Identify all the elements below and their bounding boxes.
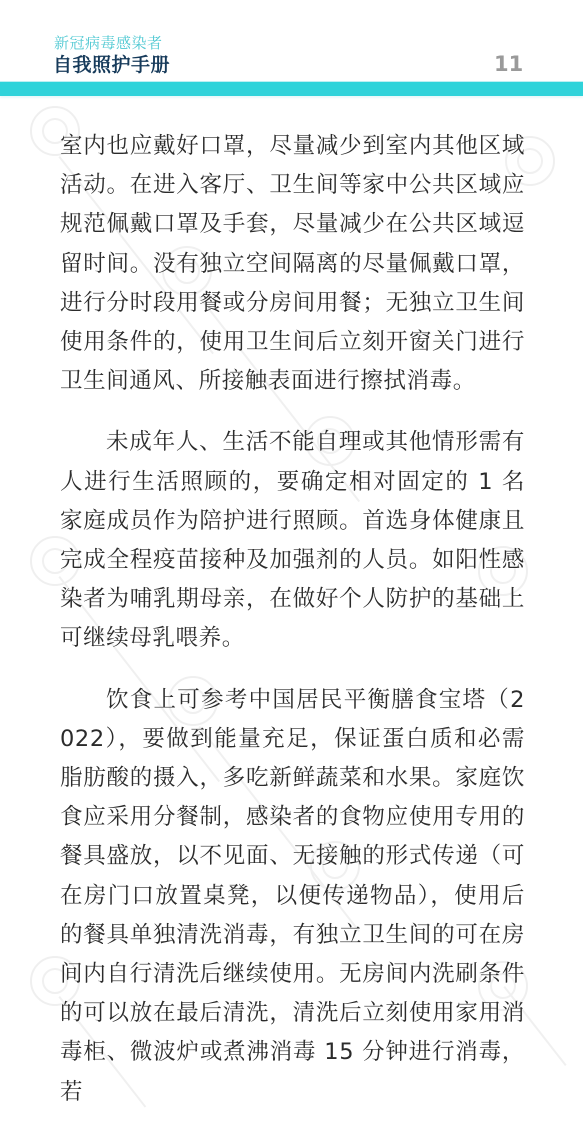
paragraph-diet-tableware: 饮食上可参考中国居民平衡膳食宝塔（2022），要做到能量充足，保证蛋白质和必需脂… — [60, 681, 525, 1112]
header-subtitle: 新冠病毒感染者 — [54, 34, 163, 52]
paragraph-caregiver: 未成年人、生活不能自理或其他情形需有人进行生活照顾的，要确定相对固定的 1 名家… — [60, 423, 525, 658]
body-text: 室内也应戴好口罩，尽量减少到室内其他区域活动。在进入客厅、卫生间等家中公共区域应… — [60, 127, 525, 1130]
header-accent-bar — [0, 82, 583, 96]
paragraph-masks-shared-areas: 室内也应戴好口罩，尽量减少到室内其他区域活动。在进入客厅、卫生间等家中公共区域应… — [60, 127, 525, 401]
page-number: 11 — [494, 52, 523, 76]
page-header: 新冠病毒感染者 自我照护手册 11 — [0, 0, 583, 83]
header-title: 自我照护手册 — [53, 54, 170, 76]
